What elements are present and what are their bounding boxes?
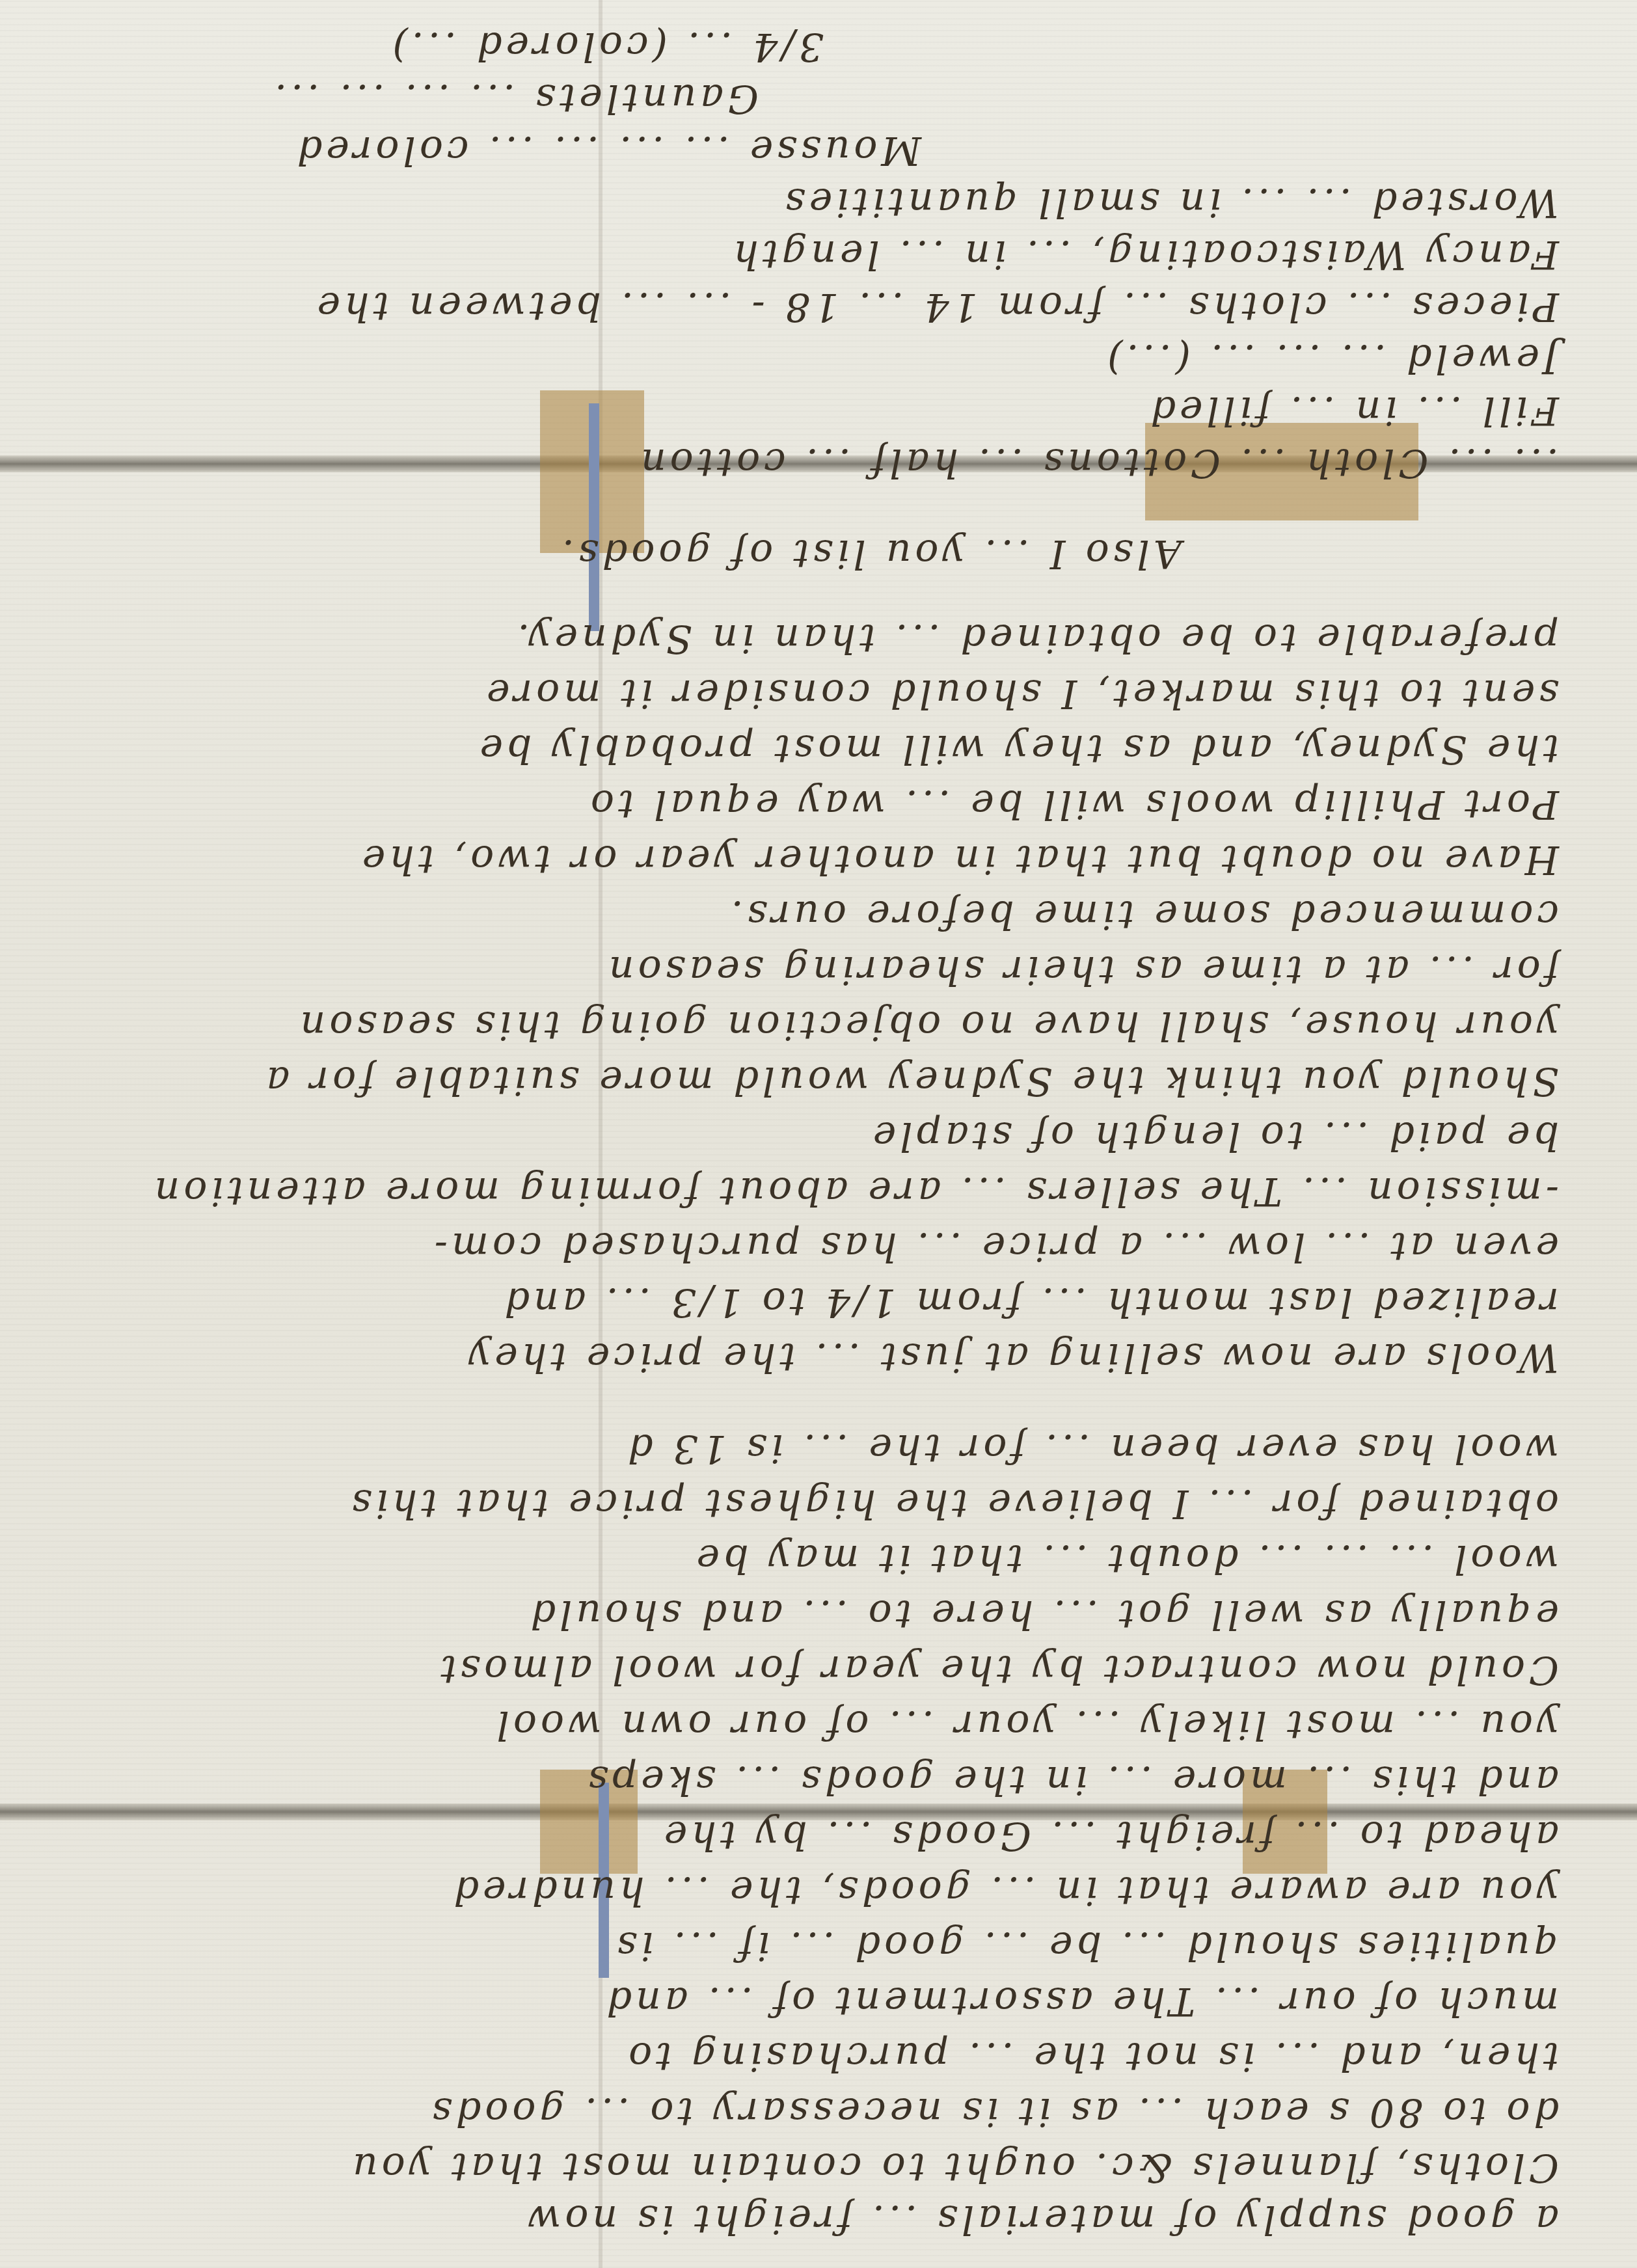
text-line: Wools are now selling at just ... the pr… bbox=[465, 1334, 1559, 1380]
text-line: commenced some time before ours. bbox=[727, 892, 1559, 938]
text-line: wool ... ... ... doubt ... that it may b… bbox=[693, 1536, 1559, 1582]
text-line: Have no doubt but that in another year o… bbox=[359, 837, 1559, 882]
text-line: wool has ever been ... for the ... is 13… bbox=[624, 1425, 1559, 1471]
text-line: Fill ... in ... filled bbox=[1147, 388, 1559, 433]
text-line: Mousse ... ... ... ... colored bbox=[293, 128, 921, 173]
text-line: Also I ... you list of goods. bbox=[558, 531, 1182, 576]
text-line: qualities should ... be ... good ... if … bbox=[614, 1923, 1559, 1969]
text-line: obtained for ... I believe the highest p… bbox=[348, 1481, 1559, 1526]
text-line: the Sydney, and as they will most probab… bbox=[476, 726, 1559, 772]
text-line: your house, shall have no objection goin… bbox=[297, 1003, 1559, 1048]
text-line: you are aware that in ... goods, the ...… bbox=[450, 1868, 1559, 1913]
text-line: preferable to be obtained ... than in Sy… bbox=[514, 615, 1559, 661]
text-line: -mission ... The sellers ... are about f… bbox=[151, 1168, 1559, 1214]
text-line: 3/4 ... (colored ...) bbox=[388, 23, 824, 69]
text-line: and this ... more ... in the goods ... s… bbox=[584, 1757, 1559, 1803]
text-line: ... ... Cloth ... Cottons ... half ... c… bbox=[637, 440, 1559, 485]
text-line: Cloths, flannels &c. ought to contain mo… bbox=[349, 2144, 1559, 2190]
text-line: Worsted ... ... in small quantities bbox=[781, 180, 1559, 225]
text-line: Pieces ... cloths ... from 14 ... 18 - .… bbox=[313, 284, 1559, 329]
text-line: sent to this market, I should consider i… bbox=[483, 671, 1559, 716]
text-line: Jeweld ... ... ... (...) bbox=[1103, 336, 1559, 381]
text-line: be paid ... to length of staple bbox=[869, 1113, 1559, 1159]
text-line: realized last month ... from 1/4 to 1/3 … bbox=[501, 1279, 1559, 1325]
text-line: even at ... low ... a price ... has purc… bbox=[431, 1224, 1559, 1269]
text-line: for ... at a time as their shearing seas… bbox=[605, 947, 1559, 993]
text-line: Gauntlets ... ... ... ... bbox=[271, 75, 759, 121]
text-line: much of our ... The assortment of ... an… bbox=[603, 1978, 1559, 2024]
handwritten-letter: a good supply of materials ... freight i… bbox=[0, 0, 1637, 2268]
text-line: do to 80 s each ... as it is necessary t… bbox=[428, 2089, 1559, 2135]
text-line: equally as well got ... here to ... and … bbox=[527, 1591, 1559, 1637]
text-line: a good supply of materials ... freight i… bbox=[524, 2196, 1559, 2242]
text-line: then, and ... is not the ... purchasing … bbox=[625, 2034, 1559, 2079]
text-line: you ... most likely ... your ... of our … bbox=[493, 1702, 1559, 1748]
text-line: Could now contract by the year for wool … bbox=[437, 1647, 1559, 1692]
text-line: Fancy Waistcoating, ... in ... length bbox=[729, 232, 1559, 277]
text-line: ahead to ... freight ... Goods ... by th… bbox=[660, 1813, 1559, 1858]
text-line: Port Phillip wools will be ... way equal… bbox=[587, 781, 1559, 827]
text-line: Should you think the Sydney would more s… bbox=[263, 1058, 1559, 1103]
